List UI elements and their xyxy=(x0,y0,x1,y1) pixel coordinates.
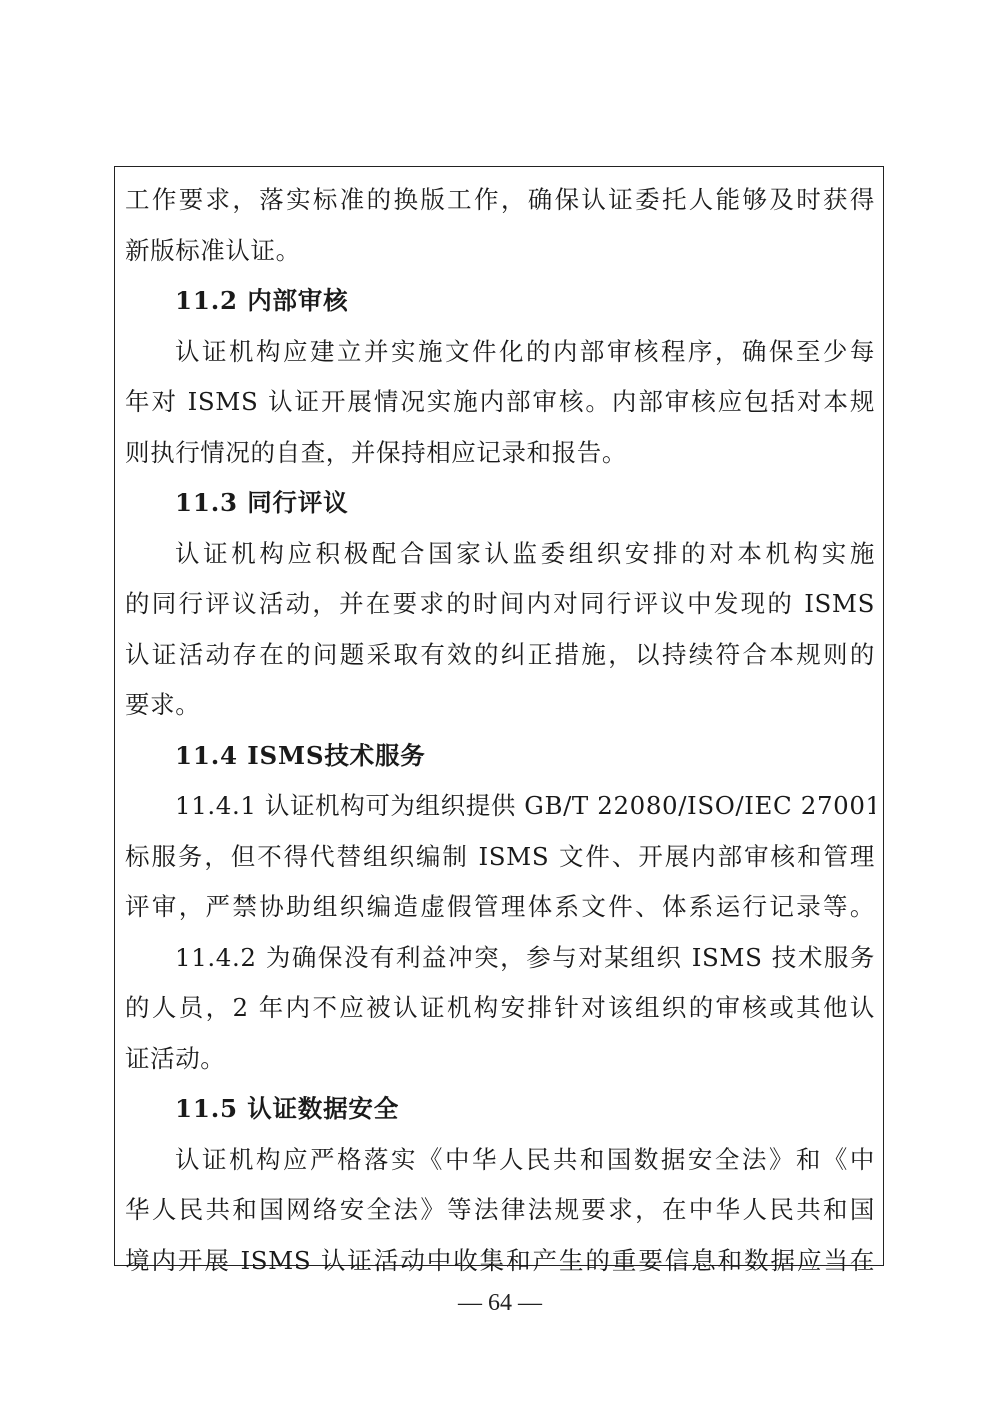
paragraph-line: 则执行情况的自查，并保持相应记录和报告。 xyxy=(125,428,875,479)
paragraph-line: 华人民共和国网络安全法》等法律法规要求，在中华人民共和国 xyxy=(125,1185,875,1236)
section-heading-11-5: 11.5 认证数据安全 xyxy=(125,1084,875,1135)
paragraph-line: 新版标准认证。 xyxy=(125,226,875,277)
paragraph-line: 年对 ISMS 认证开展情况实施内部审核。内部审核应包括对本规 xyxy=(125,377,875,428)
page-number: — 64 — xyxy=(0,1290,1000,1317)
section-heading-11-2: 11.2 内部审核 xyxy=(125,276,875,327)
paragraph-line: 证活动。 xyxy=(125,1034,875,1085)
paragraph-line: 认证活动存在的问题采取有效的纠正措施，以持续符合本规则的 xyxy=(125,630,875,681)
paragraph-line: 境内开展 ISMS 认证活动中收集和产生的重要信息和数据应当在 xyxy=(125,1236,875,1287)
section-heading-11-4: 11.4 ISMS技术服务 xyxy=(125,731,875,782)
section-heading-11-3: 11.3 同行评议 xyxy=(125,478,875,529)
paragraph-line: 工作要求，落实标准的换版工作，确保认证委托人能够及时获得 xyxy=(125,175,875,226)
paragraph-line: 11.4.1 认证机构可为组织提供 GB/T 22080/ISO/IEC 270… xyxy=(125,781,875,832)
document-body: 工作要求，落实标准的换版工作，确保认证委托人能够及时获得 新版标准认证。 11.… xyxy=(125,175,875,1286)
paragraph-line: 11.4.2 为确保没有利益冲突，参与对某组织 ISMS 技术服务 xyxy=(125,933,875,984)
content-frame: 工作要求，落实标准的换版工作，确保认证委托人能够及时获得 新版标准认证。 11.… xyxy=(114,166,884,1266)
paragraph-line: 标服务，但不得代替组织编制 ISMS 文件、开展内部审核和管理 xyxy=(125,832,875,883)
paragraph-line: 评审，严禁协助组织编造虚假管理体系文件、体系运行记录等。 xyxy=(125,882,875,933)
paragraph-line: 认证机构应建立并实施文件化的内部审核程序，确保至少每 xyxy=(125,327,875,378)
paragraph-line: 认证机构应严格落实《中华人民共和国数据安全法》和《中 xyxy=(125,1135,875,1186)
paragraph-line: 的人员，2 年内不应被认证机构安排针对该组织的审核或其他认 xyxy=(125,983,875,1034)
paragraph-line: 认证机构应积极配合国家认监委组织安排的对本机构实施 xyxy=(125,529,875,580)
paragraph-line: 的同行评议活动，并在要求的时间内对同行评议中发现的 ISMS xyxy=(125,579,875,630)
paragraph-line: 要求。 xyxy=(125,680,875,731)
